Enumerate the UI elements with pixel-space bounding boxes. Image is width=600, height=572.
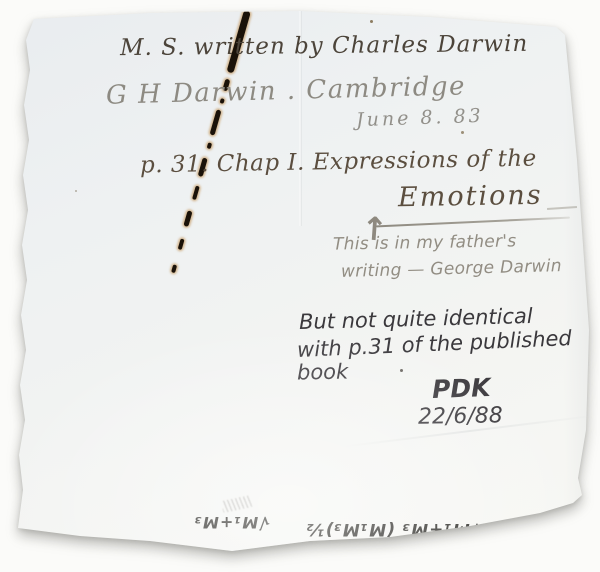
pencil-annotation-line2: writing — George Darwin	[341, 256, 562, 282]
ms-attribution-line: M. S. written by Charles Darwin	[120, 31, 528, 61]
pencil-rest-text: is in my father's	[369, 231, 517, 254]
emotions-underline	[376, 217, 570, 228]
paper-shadow-wrap: M. S. written by Charles Darwin G H Darw…	[0, 0, 600, 572]
burn-segment	[206, 143, 211, 150]
chapter-reference-line: p. 31. Chap I. Expressions of the	[140, 146, 537, 179]
emotions-word: Emotions	[398, 180, 543, 214]
ink-note-line3: book	[297, 360, 349, 385]
manuscript-sheet: M. S. written by Charles Darwin G H Darw…	[0, 0, 600, 572]
date-line: June 8. 83	[356, 105, 484, 131]
paper-speck	[461, 131, 464, 134]
pencil-dash	[547, 206, 577, 210]
burn-segment	[171, 264, 177, 273]
owner-line: G H Darwin . Cambridge	[106, 71, 467, 110]
pencil-word-this: This	[333, 234, 369, 255]
math-fragment-right: √M₁+M₃ (M₁M₃)½	[306, 519, 482, 539]
burn-segment	[183, 210, 192, 227]
math-fragment-left: √M₁+M₃	[194, 513, 270, 532]
ink-note-date: 22/6/88	[418, 403, 503, 429]
photo-background: M. S. written by Charles Darwin G H Darw…	[0, 0, 600, 572]
pencil-smudge	[221, 495, 253, 513]
paper-speck	[370, 20, 373, 23]
pencil-annotation-line1: This is in my father's	[333, 231, 517, 254]
paper-speck	[75, 190, 77, 192]
burn-segment	[209, 109, 221, 136]
burn-segment	[192, 185, 200, 200]
cataloguer-initials: PDK	[432, 373, 491, 404]
paper-speck	[358, 4, 361, 7]
burn-segment	[177, 238, 184, 249]
ink-dot	[400, 369, 403, 372]
